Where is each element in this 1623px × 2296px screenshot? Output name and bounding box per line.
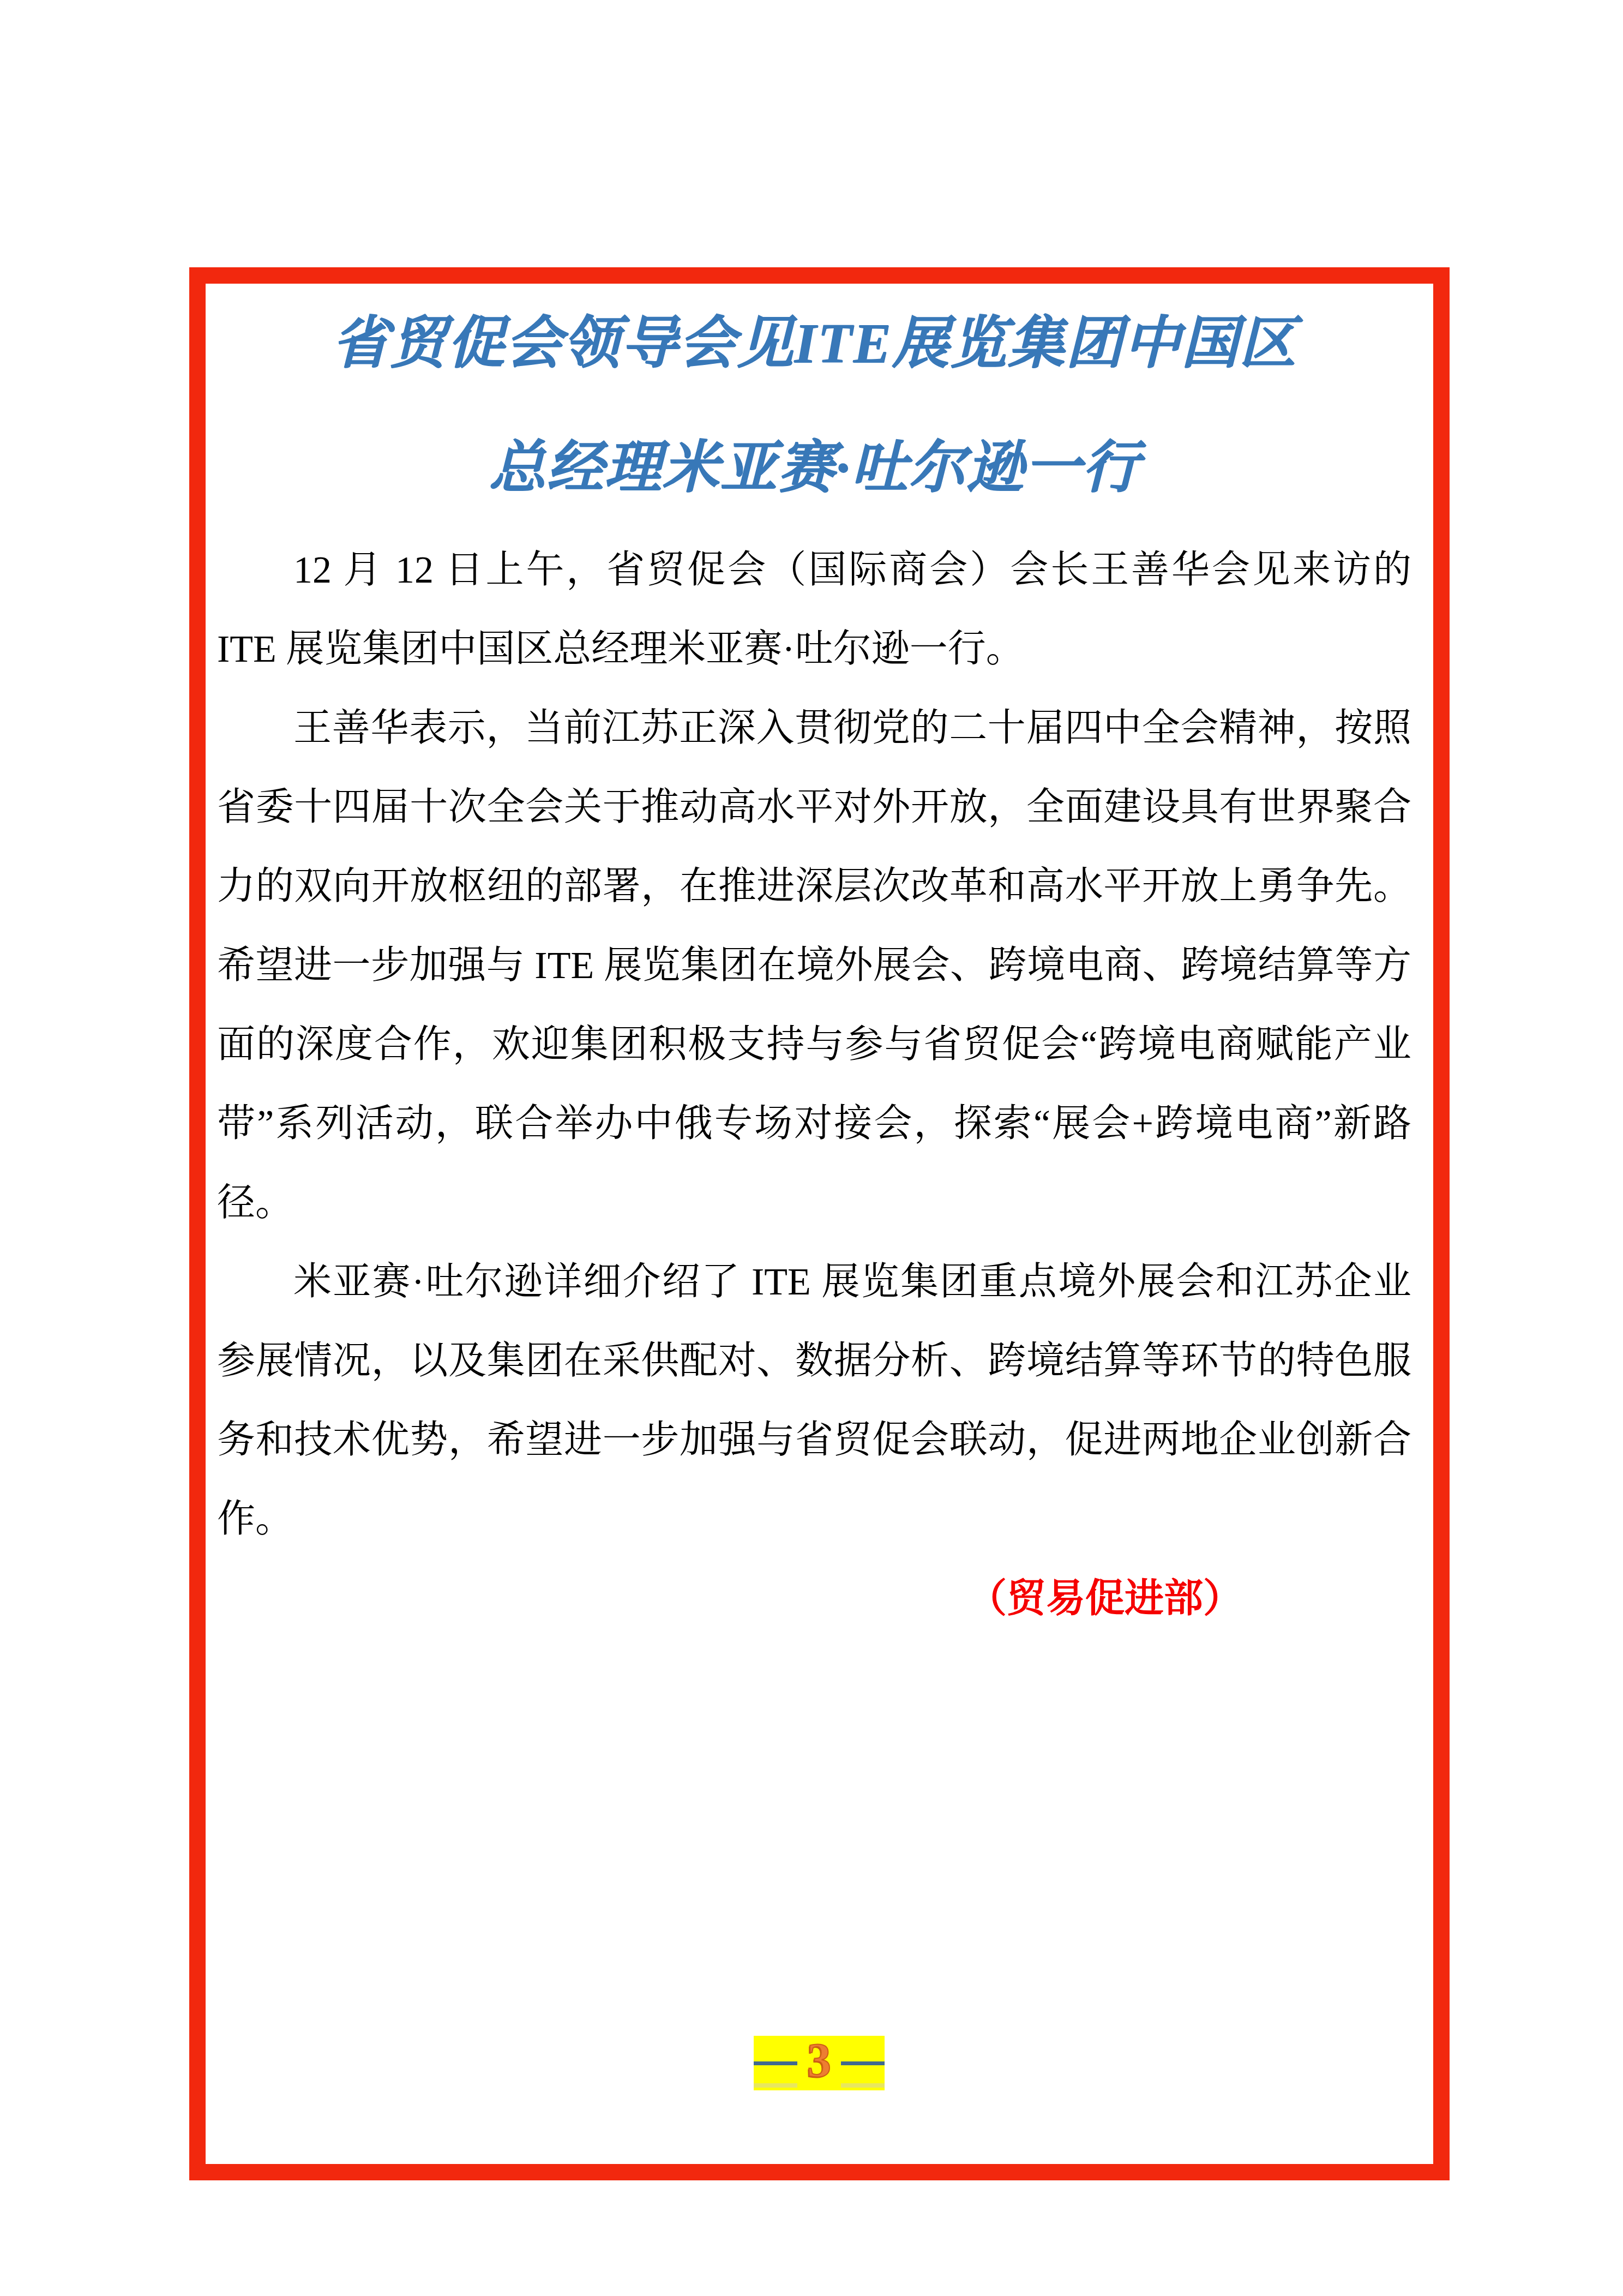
footer-dash-left — [754, 2061, 797, 2065]
title-line-1: 省贸促会领导会见ITE展览集团中国区 — [217, 312, 1411, 375]
document-page: { "document": { "title_line1": "省贸促会领导会见… — [0, 0, 1623, 2296]
red-border-frame: 省贸促会领导会见ITE展览集团中国区 总经理米亚赛·吐尔逊一行 12 月 12 … — [189, 267, 1450, 2180]
body-paragraph-3: 米亚赛·吐尔逊详细介绍了 ITE 展览集团重点境外展会和江苏企业参展情况，以及集… — [217, 1243, 1411, 1559]
footer-underline-left — [754, 2083, 797, 2088]
body-paragraph-2: 王善华表示，当前江苏正深入贯彻党的二十届四中全会精神，按照省委十四届十次全会关于… — [217, 689, 1411, 1243]
footer-dash-right — [841, 2061, 885, 2065]
body-text: 12 月 12 日上午，省贸促会（国际商会）会长王善华会见来访的 ITE 展览集… — [217, 531, 1411, 1638]
page-footer: 3 — [754, 2036, 885, 2090]
title-line-2: 总经理米亚赛·吐尔逊一行 — [217, 436, 1411, 500]
footer-underline-right — [841, 2083, 885, 2088]
page-number: 3 — [807, 2034, 831, 2088]
document-content: 省贸促会领导会见ITE展览集团中国区 总经理米亚赛·吐尔逊一行 12 月 12 … — [217, 284, 1411, 1638]
department-signature: （贸易促进部） — [217, 1559, 1411, 1638]
body-paragraph-1: 12 月 12 日上午，省贸促会（国际商会）会长王善华会见来访的 ITE 展览集… — [217, 531, 1411, 689]
document-title: 省贸促会领导会见ITE展览集团中国区 总经理米亚赛·吐尔逊一行 — [217, 312, 1411, 500]
